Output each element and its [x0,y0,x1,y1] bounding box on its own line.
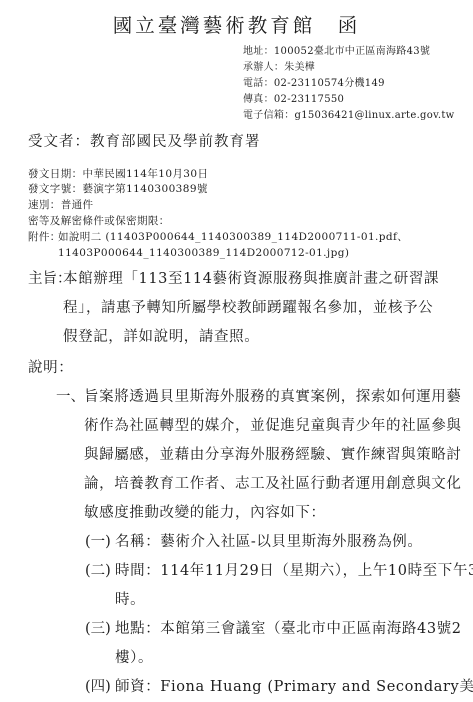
explanation-item-1: 一、旨案將透過貝里斯海外服務的真實案例，探索如何運用藝 術作為社區轉型的媒介，並… [56,383,473,528]
meta-doc-number: 發文字號：藝演字第1140300389號 [28,182,458,198]
subitem-1-name: (一)名稱：藝術介入社區-以貝里斯海外服務為例。 [85,528,473,557]
document-meta-block: 發文日期：中華民國114年10月30日 發文字號：藝演字第1140300389號… [28,167,458,262]
contact-fax: 傳真：02-23117550 [243,92,455,108]
subitem-3-text-1: 地點：本館第三會議室（臺北市中正區南海路43號2 [115,621,462,637]
explanation-item-1-marker: 一、 [56,383,84,412]
explanation-item-1-line-3: 與歸屬感，並藉由分享海外服務經驗、實作練習與策略討 [84,441,473,470]
subject-label: 主旨： [28,265,63,294]
subitem-3-text-2: 樓）。 [115,644,473,673]
document-title: 國立臺灣藝術教育館 函 [0,0,473,38]
explanation-subitems: (一)名稱：藝術介入社區-以貝里斯海外服務為例。 (二)時間：114年11月29… [85,528,473,702]
meta-security: 密等及解密條件或保密期限： [28,214,458,230]
contact-person: 承辦人：朱美樺 [243,60,455,76]
meta-attachment-label: 附件： [28,230,58,246]
meta-attachment-line-2: 11403P000644_1140300389_114D2000712-01.j… [58,246,458,262]
subitem-1-text: 名稱：藝術介入社區-以貝里斯海外服務為例。 [115,534,423,550]
meta-speed: 速別：普通件 [28,198,458,214]
official-letter-document: 國立臺灣藝術教育館 函 地址：100052臺北市中正區南海路43號 承辦人：朱美… [0,0,473,702]
explanation-item-1-line-5: 敏感度推動改變的能力，內容如下： [84,499,473,528]
explanation-item-1-text-1: 旨案將透過貝里斯海外服務的真實案例，探索如何運用藝 [84,389,462,405]
subject-line-3: 假登記，詳如說明，請查照。 [63,323,473,352]
subitem-2-time: (二)時間：114年11月29日（星期六），上午10時至下午3 [85,557,473,586]
subject-line-2: 程」，請惠予轉知所屬學校教師踴躍報名參加，並核予公 [63,294,473,323]
subitem-3-marker: (三) [85,615,115,644]
meta-attachment-file-1: 如說明二 (11403P000644_1140300389_114D200071… [58,231,408,243]
recipient-value: 教育部國民及學前教育署 [90,134,261,150]
recipient-label: 受文者： [28,134,90,150]
subitem-2-text-1: 時間：114年11月29日（星期六），上午10時至下午3 [115,563,473,579]
subject-paragraph: 主旨：本館辦理「113至114藝術資源服務與推廣計畫之研習課 程」，請惠予轉知所… [28,265,473,352]
recipient-line: 受文者：教育部國民及學前教育署 [28,132,473,153]
subject-text-1: 本館辦理「113至114藝術資源服務與推廣計畫之研習課 [63,271,439,287]
subject-line-1: 主旨：本館辦理「113至114藝術資源服務與推廣計畫之研習課 [28,265,473,294]
subitem-4-instructor: (四)師資：Fiona Huang (Primary and Secondary… [85,673,473,702]
contact-address: 地址：100052臺北市中正區南海路43號 [243,44,455,60]
subitem-2-marker: (二) [85,557,115,586]
subitem-4-text-1: 師資：Fiona Huang (Primary and Secondary美術技… [115,679,473,695]
explanation-item-1-line-1: 一、旨案將透過貝里斯海外服務的真實案例，探索如何運用藝 [56,383,473,412]
meta-attachment-line-1: 附件：如說明二 (11403P000644_1140300389_114D200… [28,230,458,246]
explanation-item-1-line-2: 術作為社區轉型的媒介，並促進兒童與青少年的社區參與 [84,412,473,441]
subitem-1-marker: (一) [85,528,115,557]
contact-email: 電子信箱：g15036421@linux.arte.gov.tw [243,108,455,124]
subitem-3-location: (三)地點：本館第三會議室（臺北市中正區南海路43號2 [85,615,473,644]
contact-info-block: 地址：100052臺北市中正區南海路43號 承辦人：朱美樺 電話：02-2311… [243,44,455,124]
subitem-4-marker: (四) [85,673,115,702]
explanation-item-1-line-4: 論，培養教育工作者、志工及社區行動者運用創意與文化 [84,470,473,499]
meta-issue-date: 發文日期：中華民國114年10月30日 [28,167,458,183]
explanation-label: 說明： [28,354,473,383]
subitem-2-text-2: 時。 [115,586,473,615]
contact-phone: 電話：02-23110574分機149 [243,76,455,92]
